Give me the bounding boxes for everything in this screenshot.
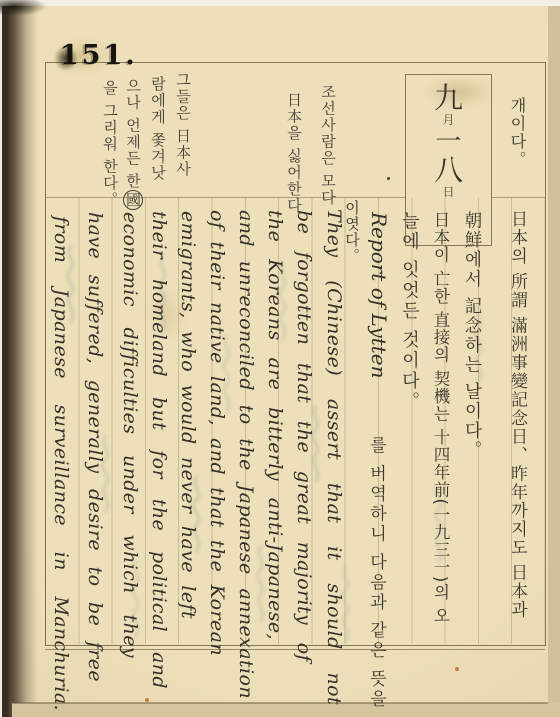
ink-speck <box>387 177 390 180</box>
margin-note-1-col-3-text: 으나 언제든 한 <box>124 78 142 190</box>
english-line-3: the Koreans are bitterly anti-Japanese, <box>260 210 286 640</box>
english-line-4: and unreconciled to the Japanese annexat… <box>231 210 257 699</box>
report-title-rotated: Report of Lytten <box>367 212 391 434</box>
page-bottom-edge <box>12 702 548 704</box>
weather-note: 개이다。 <box>506 97 529 169</box>
margin-note-1-col-2: 람에게 쫓겨낫 <box>148 76 169 181</box>
page-right-edge <box>548 5 560 703</box>
report-note-korean: 를 버역하니 다음과 같은 뜻을 <box>364 436 389 710</box>
rust-speck <box>455 667 459 671</box>
circled-hanja: 國 <box>123 190 143 211</box>
english-line-6: emigrants, who would never have left <box>173 211 199 619</box>
margin-note-2-col-1: 조선사람은 모다 <box>318 84 339 206</box>
scan-top-edge <box>0 0 560 6</box>
date-day-numeral-1: 一 <box>435 129 461 155</box>
entry-korean-col-3: 日本이 亡한 直接의 契機는 十四年前(一九三一)의 오 <box>428 211 452 625</box>
entry-korean-col-2: 朝鮮에서 記念하는 날이다。 <box>460 211 485 460</box>
header-separator-line <box>492 197 545 198</box>
date-day-unit: 日 <box>442 185 454 201</box>
rust-speck <box>145 698 149 702</box>
entry-korean-col-1: 日本의 所謂 滿洲事變記念日、昨年까지도 日本과 <box>505 210 530 619</box>
margin-note-2-col-2: 日本을 싫어한다 <box>284 92 305 214</box>
margin-note-1-col-1: 그들은 日本사 <box>173 72 194 177</box>
english-line-7: their homeland but for the political and <box>144 211 170 689</box>
english-line-10: from Japanese surveillance in Manchuria. <box>46 216 72 711</box>
diary-page-scan: 151. 九 月 一 八 日 개이다。 그들은 日本사 람에게 쫓겨낫 으나 언… <box>0 0 560 717</box>
english-line-2: be forgotten that the great majority of <box>289 210 315 662</box>
date-day-numeral-2: 八 <box>434 155 463 185</box>
binding-gutter-shadow <box>12 5 38 703</box>
date-month-numeral: 九 <box>434 83 463 113</box>
english-line-5: of their native land, and that the Korea… <box>202 210 228 656</box>
english-line-1: They (Chinese) assert that it should not <box>319 209 345 705</box>
report-note-korean-tail: 이엿다。 <box>342 200 363 264</box>
entry-korean-col-4: 늘에 잇엇든 것이다。 <box>396 211 422 412</box>
scan-corner-smudge <box>0 0 46 16</box>
margin-note-1-col-3: 으나 언제든 한國 <box>123 78 144 210</box>
english-line-9: have suffered, generally desire to be fr… <box>80 212 106 682</box>
scan-left-edge <box>0 0 12 717</box>
margin-note-1-col-4: 을 그리워 한다。 <box>100 80 121 208</box>
english-line-8: economic difficulties under which they <box>115 212 141 658</box>
page-number-stamp: 151. <box>60 40 138 71</box>
